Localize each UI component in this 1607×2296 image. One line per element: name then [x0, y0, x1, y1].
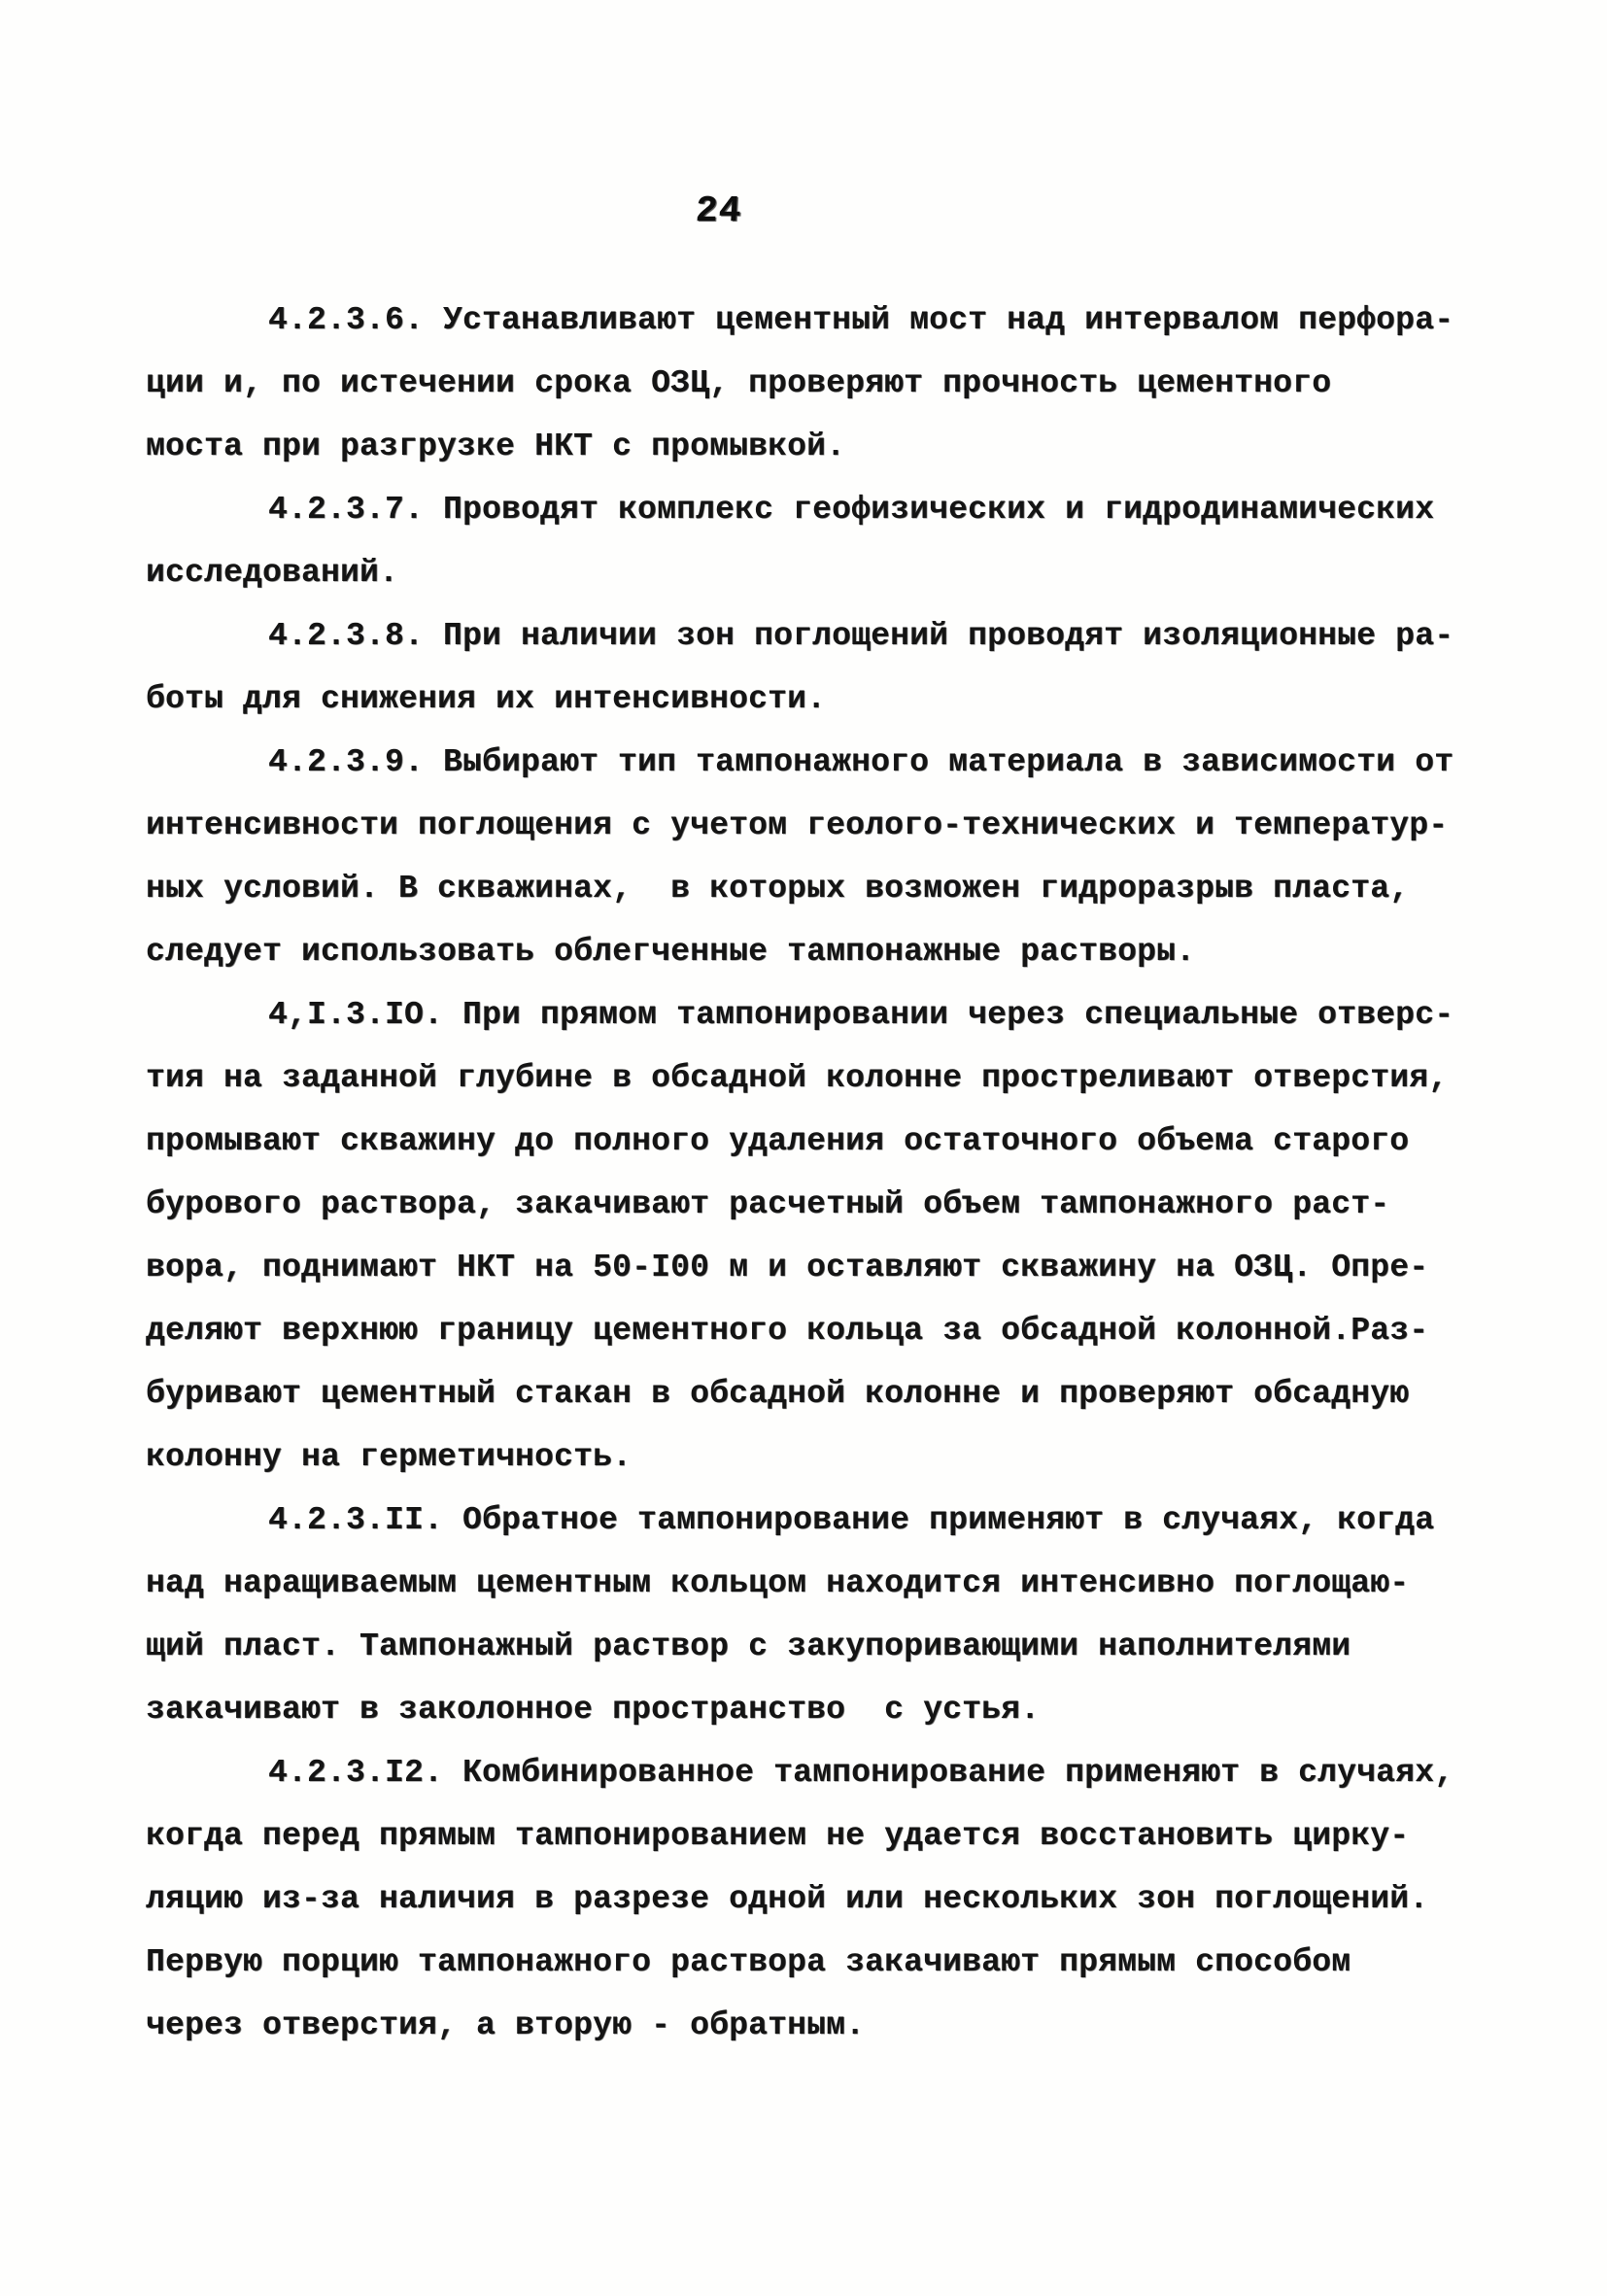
text-line: щий пласт. Тампонажный раствор с закупор… — [146, 1615, 1467, 1678]
paragraph-4-2-3-7: 4.2.3.7. Проводят комплекс геофизических… — [146, 478, 1467, 604]
text-line: тия на заданной глубине в обсадной колон… — [146, 1046, 1467, 1110]
text-line: колонну на герметичность. — [146, 1425, 1467, 1489]
text-line: боты для снижения их интенсивности. — [146, 668, 1467, 731]
text-line: моста при разгрузке НКТ с промывкой. — [146, 415, 1467, 478]
text-line: когда перед прямым тампонированием не уд… — [146, 1804, 1467, 1868]
scanned-document-page: 24 4.2.3.6. Устанавливают цементный мост… — [0, 0, 1607, 2296]
text-line: Первую порцию тампонажного раствора зака… — [146, 1931, 1467, 1994]
text-line: 4.2.3.II. Обратное тампонирование примен… — [146, 1489, 1467, 1552]
text-line: закачивают в заколонное пространство с у… — [146, 1678, 1467, 1741]
text-line: ных условий. В скважинах, в которых возм… — [146, 857, 1467, 920]
text-line: бурового раствора, закачивают расчетный … — [146, 1173, 1467, 1236]
paragraph-4-2-3-8: 4.2.3.8. При наличии зон поглощений пров… — [146, 604, 1467, 731]
paragraph-4-2-3-6: 4.2.3.6. Устанавливают цементный мост на… — [146, 289, 1467, 478]
text-line: над наращиваемым цементным кольцом наход… — [146, 1552, 1467, 1615]
paragraph-4-2-3-12: 4.2.3.I2. Комбинированное тампонирование… — [146, 1741, 1467, 2057]
text-line: буривают цементный стакан в обсадной кол… — [146, 1362, 1467, 1425]
text-line: ции и, по истечении срока ОЗЦ, проверяют… — [146, 352, 1467, 415]
document-body: 4.2.3.6. Устанавливают цементный мост на… — [146, 289, 1467, 2057]
paragraph-4-2-3-11: 4.2.3.II. Обратное тампонирование примен… — [146, 1489, 1467, 1741]
text-line: следует использовать облегченные тампона… — [146, 920, 1467, 983]
text-line: 4.2.3.9. Выбирают тип тампонажного матер… — [146, 731, 1467, 794]
text-line: 4.2.3.6. Устанавливают цементный мост на… — [146, 289, 1467, 352]
text-line: вора, поднимают НКТ на 50-I00 м и оставл… — [146, 1236, 1467, 1299]
paragraph-4-1-3-10: 4,I.3.IO. При прямом тампонировании чере… — [146, 983, 1467, 1489]
text-line: через отверстия, а вторую - обратным. — [146, 1994, 1467, 2057]
text-line: 4.2.3.7. Проводят комплекс геофизических… — [146, 478, 1467, 541]
text-line: промывают скважину до полного удаления о… — [146, 1110, 1467, 1173]
text-line: 4,I.3.IO. При прямом тампонировании чере… — [146, 983, 1467, 1046]
text-line: деляют верхнюю границу цементного кольца… — [146, 1299, 1467, 1362]
text-line: ляцию из-за наличия в разрезе одной или … — [146, 1868, 1467, 1931]
text-line: 4.2.3.I2. Комбинированное тампонирование… — [146, 1741, 1467, 1804]
page-number: 24 — [695, 190, 743, 232]
text-line: 4.2.3.8. При наличии зон поглощений пров… — [146, 604, 1467, 668]
text-line: исследований. — [146, 541, 1467, 604]
paragraph-4-2-3-9: 4.2.3.9. Выбирают тип тампонажного матер… — [146, 731, 1467, 983]
text-line: интенсивности поглощения с учетом геолог… — [146, 794, 1467, 857]
